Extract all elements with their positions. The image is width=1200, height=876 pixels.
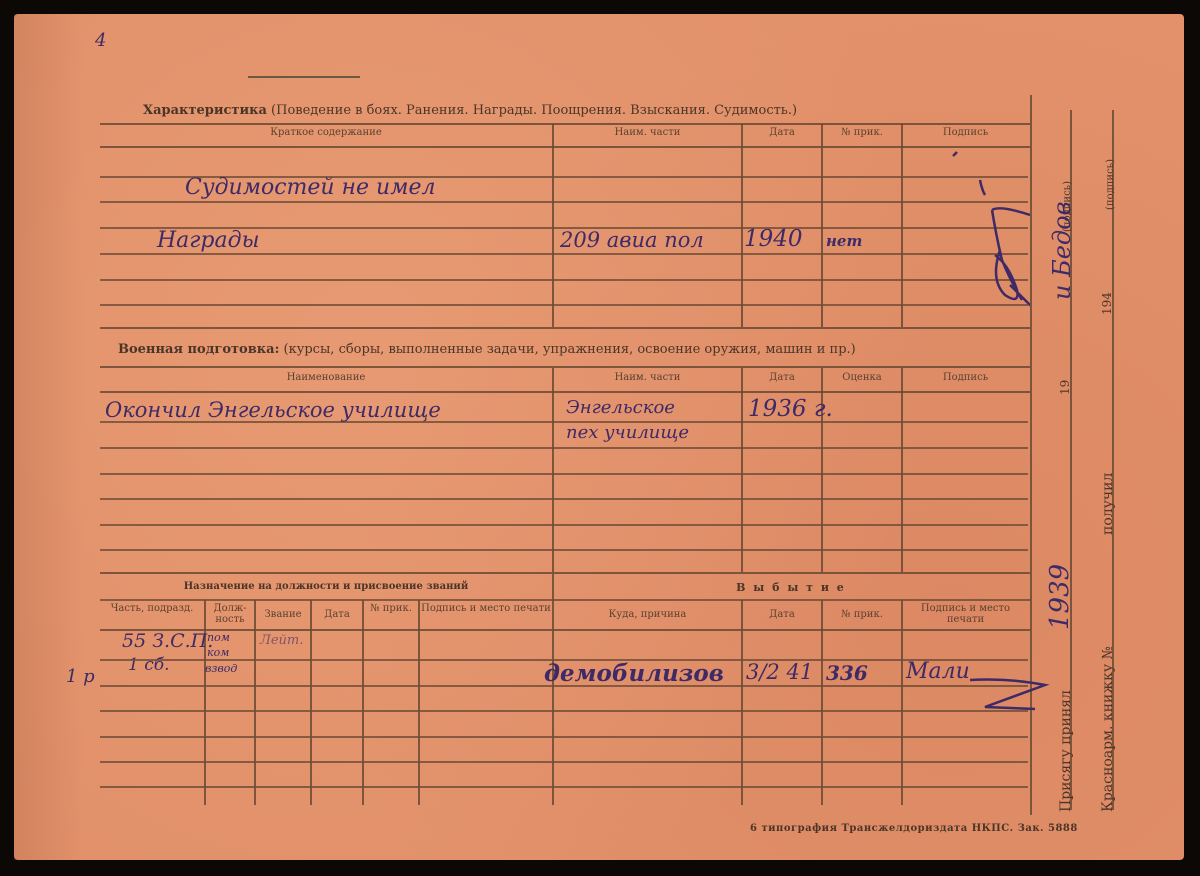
rule bbox=[100, 391, 1030, 393]
entry-departure-date: 3/2 41 bbox=[746, 660, 813, 684]
col-header-order: № прик. bbox=[823, 127, 901, 138]
signature-label-2: (подпись) bbox=[1105, 159, 1116, 210]
training-title: Военная подготовка: (курсы, сборы, выпол… bbox=[118, 342, 856, 357]
signature-flourish-icon bbox=[970, 672, 1050, 712]
characteristics-title-rest: (Поведение в боях. Ранения. Награды. Поо… bbox=[271, 103, 797, 118]
entry-position-line3: взвод bbox=[205, 662, 237, 675]
departure-title: В ы б ы т и е bbox=[554, 581, 1028, 594]
stray-pencil-line bbox=[248, 76, 360, 78]
col-header-order: № прик. bbox=[364, 603, 418, 614]
col-header-unit: Наим. части bbox=[554, 372, 741, 383]
entry-rank: Лейт. bbox=[260, 633, 303, 648]
corner-mark: 4 bbox=[95, 30, 106, 51]
entry-awards-date: 1940 bbox=[744, 226, 803, 252]
rule bbox=[100, 327, 1030, 329]
col-header-grade: Оценка bbox=[823, 372, 901, 383]
rule bbox=[100, 146, 1030, 148]
print-order-number: Зак. 5888 bbox=[1018, 823, 1078, 834]
col-divider bbox=[901, 600, 903, 805]
training-title-rest: (курсы, сборы, выполненные задачи, упраж… bbox=[284, 342, 856, 357]
handwritten-signature-icon bbox=[950, 150, 1030, 320]
col-divider bbox=[552, 368, 554, 572]
col-divider bbox=[741, 368, 743, 572]
col-divider bbox=[254, 600, 256, 805]
rule bbox=[100, 279, 1028, 281]
rule bbox=[100, 710, 1028, 712]
rule bbox=[100, 498, 1028, 500]
rule bbox=[100, 366, 1030, 368]
col-divider bbox=[901, 124, 903, 327]
col-header-destination: Куда, причина bbox=[554, 609, 741, 620]
col-divider bbox=[821, 124, 823, 327]
rule bbox=[100, 123, 1030, 125]
col-divider bbox=[310, 600, 312, 805]
year-prefix-2: 194 bbox=[1100, 292, 1114, 315]
col-header-date: Дата bbox=[743, 127, 821, 138]
rule bbox=[100, 524, 1028, 526]
col-header-date: Дата bbox=[743, 609, 821, 620]
printer-name: 6 типография Трансжелдориздата НКПС. bbox=[750, 823, 1014, 834]
rule bbox=[100, 549, 1028, 551]
col-divider bbox=[821, 600, 823, 805]
rule bbox=[100, 447, 1028, 449]
entry-awards: Награды bbox=[157, 228, 259, 253]
col-header-date: Дата bbox=[312, 609, 362, 620]
entry-appointment-prefix: 1 р bbox=[66, 666, 95, 687]
entry-awards-order: нет bbox=[826, 232, 862, 250]
col-header-position: Долж-ность bbox=[206, 603, 254, 625]
col-header-order: № прик. bbox=[823, 609, 901, 620]
entry-departure-order: 336 bbox=[826, 661, 868, 685]
characteristics-title-bold: Характеристика bbox=[143, 103, 267, 118]
entry-position-line2: ком bbox=[207, 646, 229, 659]
entry-appointment-unit-line1: 55 З.С.П. bbox=[122, 630, 213, 652]
oath-label: Присягу принял bbox=[1058, 690, 1074, 812]
rule bbox=[100, 736, 1028, 738]
col-header-unit: Наим. части bbox=[554, 127, 741, 138]
col-header-name: Наименование bbox=[100, 372, 552, 383]
col-divider bbox=[418, 600, 420, 805]
book-received: получил bbox=[1100, 473, 1116, 535]
col-header-signature: Подпись и место печати bbox=[420, 603, 552, 614]
entry-training-name: Окончил Энгельское училище bbox=[105, 398, 441, 422]
appointments-title: Назначение на должности и присвоение зва… bbox=[100, 581, 552, 592]
rule bbox=[100, 761, 1028, 763]
entry-departure-destination: демобилизов bbox=[544, 660, 724, 687]
entry-appointment-unit-line2: 1 сб. bbox=[128, 655, 170, 675]
entry-awards-unit: 209 авиа пол bbox=[560, 228, 704, 252]
entry-training-date: 1936 г. bbox=[748, 396, 833, 422]
col-header-rank: Звание bbox=[256, 609, 310, 620]
rule bbox=[100, 599, 1030, 601]
col-divider bbox=[741, 124, 743, 327]
col-divider bbox=[552, 124, 554, 327]
rule bbox=[100, 659, 1028, 661]
rule bbox=[100, 685, 1028, 687]
col-header-signature: Подпись bbox=[903, 372, 1028, 383]
rule bbox=[100, 201, 1028, 203]
entry-training-unit-line1: Энгельское bbox=[566, 397, 675, 418]
rule bbox=[100, 473, 1028, 475]
paper-shading bbox=[14, 14, 84, 860]
printer-imprint: 6 типография Трансжелдориздата НКПС. Зак… bbox=[750, 823, 1078, 834]
col-header-signature: Подпись и место печати bbox=[903, 603, 1028, 625]
col-header-date: Дата bbox=[743, 372, 821, 383]
col-divider bbox=[901, 368, 903, 572]
entry-convictions: Судимостей не имел bbox=[185, 175, 436, 200]
oath-year: 1939 bbox=[1045, 564, 1075, 630]
characteristics-title: Характеристика (Поведение в боях. Ранени… bbox=[143, 103, 797, 118]
rule bbox=[100, 629, 1030, 631]
book-label: Красноарм. книжку № bbox=[1100, 646, 1116, 812]
col-divider bbox=[741, 600, 743, 805]
rule bbox=[100, 304, 1028, 306]
training-title-bold: Военная подготовка: bbox=[118, 342, 279, 357]
handwritten-signature-side: и Бедов bbox=[1048, 201, 1076, 300]
rule bbox=[100, 786, 1028, 788]
entry-training-unit-line2: пех училище bbox=[566, 422, 689, 443]
entry-position-line1: пом bbox=[207, 631, 230, 644]
col-header-unit: Часть, подразд. bbox=[100, 603, 204, 614]
col-divider bbox=[362, 600, 364, 805]
col-header-signature: Подпись bbox=[903, 127, 1028, 138]
rule bbox=[100, 572, 1030, 574]
year-prefix-1: 19 bbox=[1058, 380, 1072, 395]
entry-departure-signature: Мали bbox=[906, 659, 970, 684]
rule bbox=[100, 253, 1028, 255]
col-header-summary: Краткое содержание bbox=[100, 127, 552, 138]
